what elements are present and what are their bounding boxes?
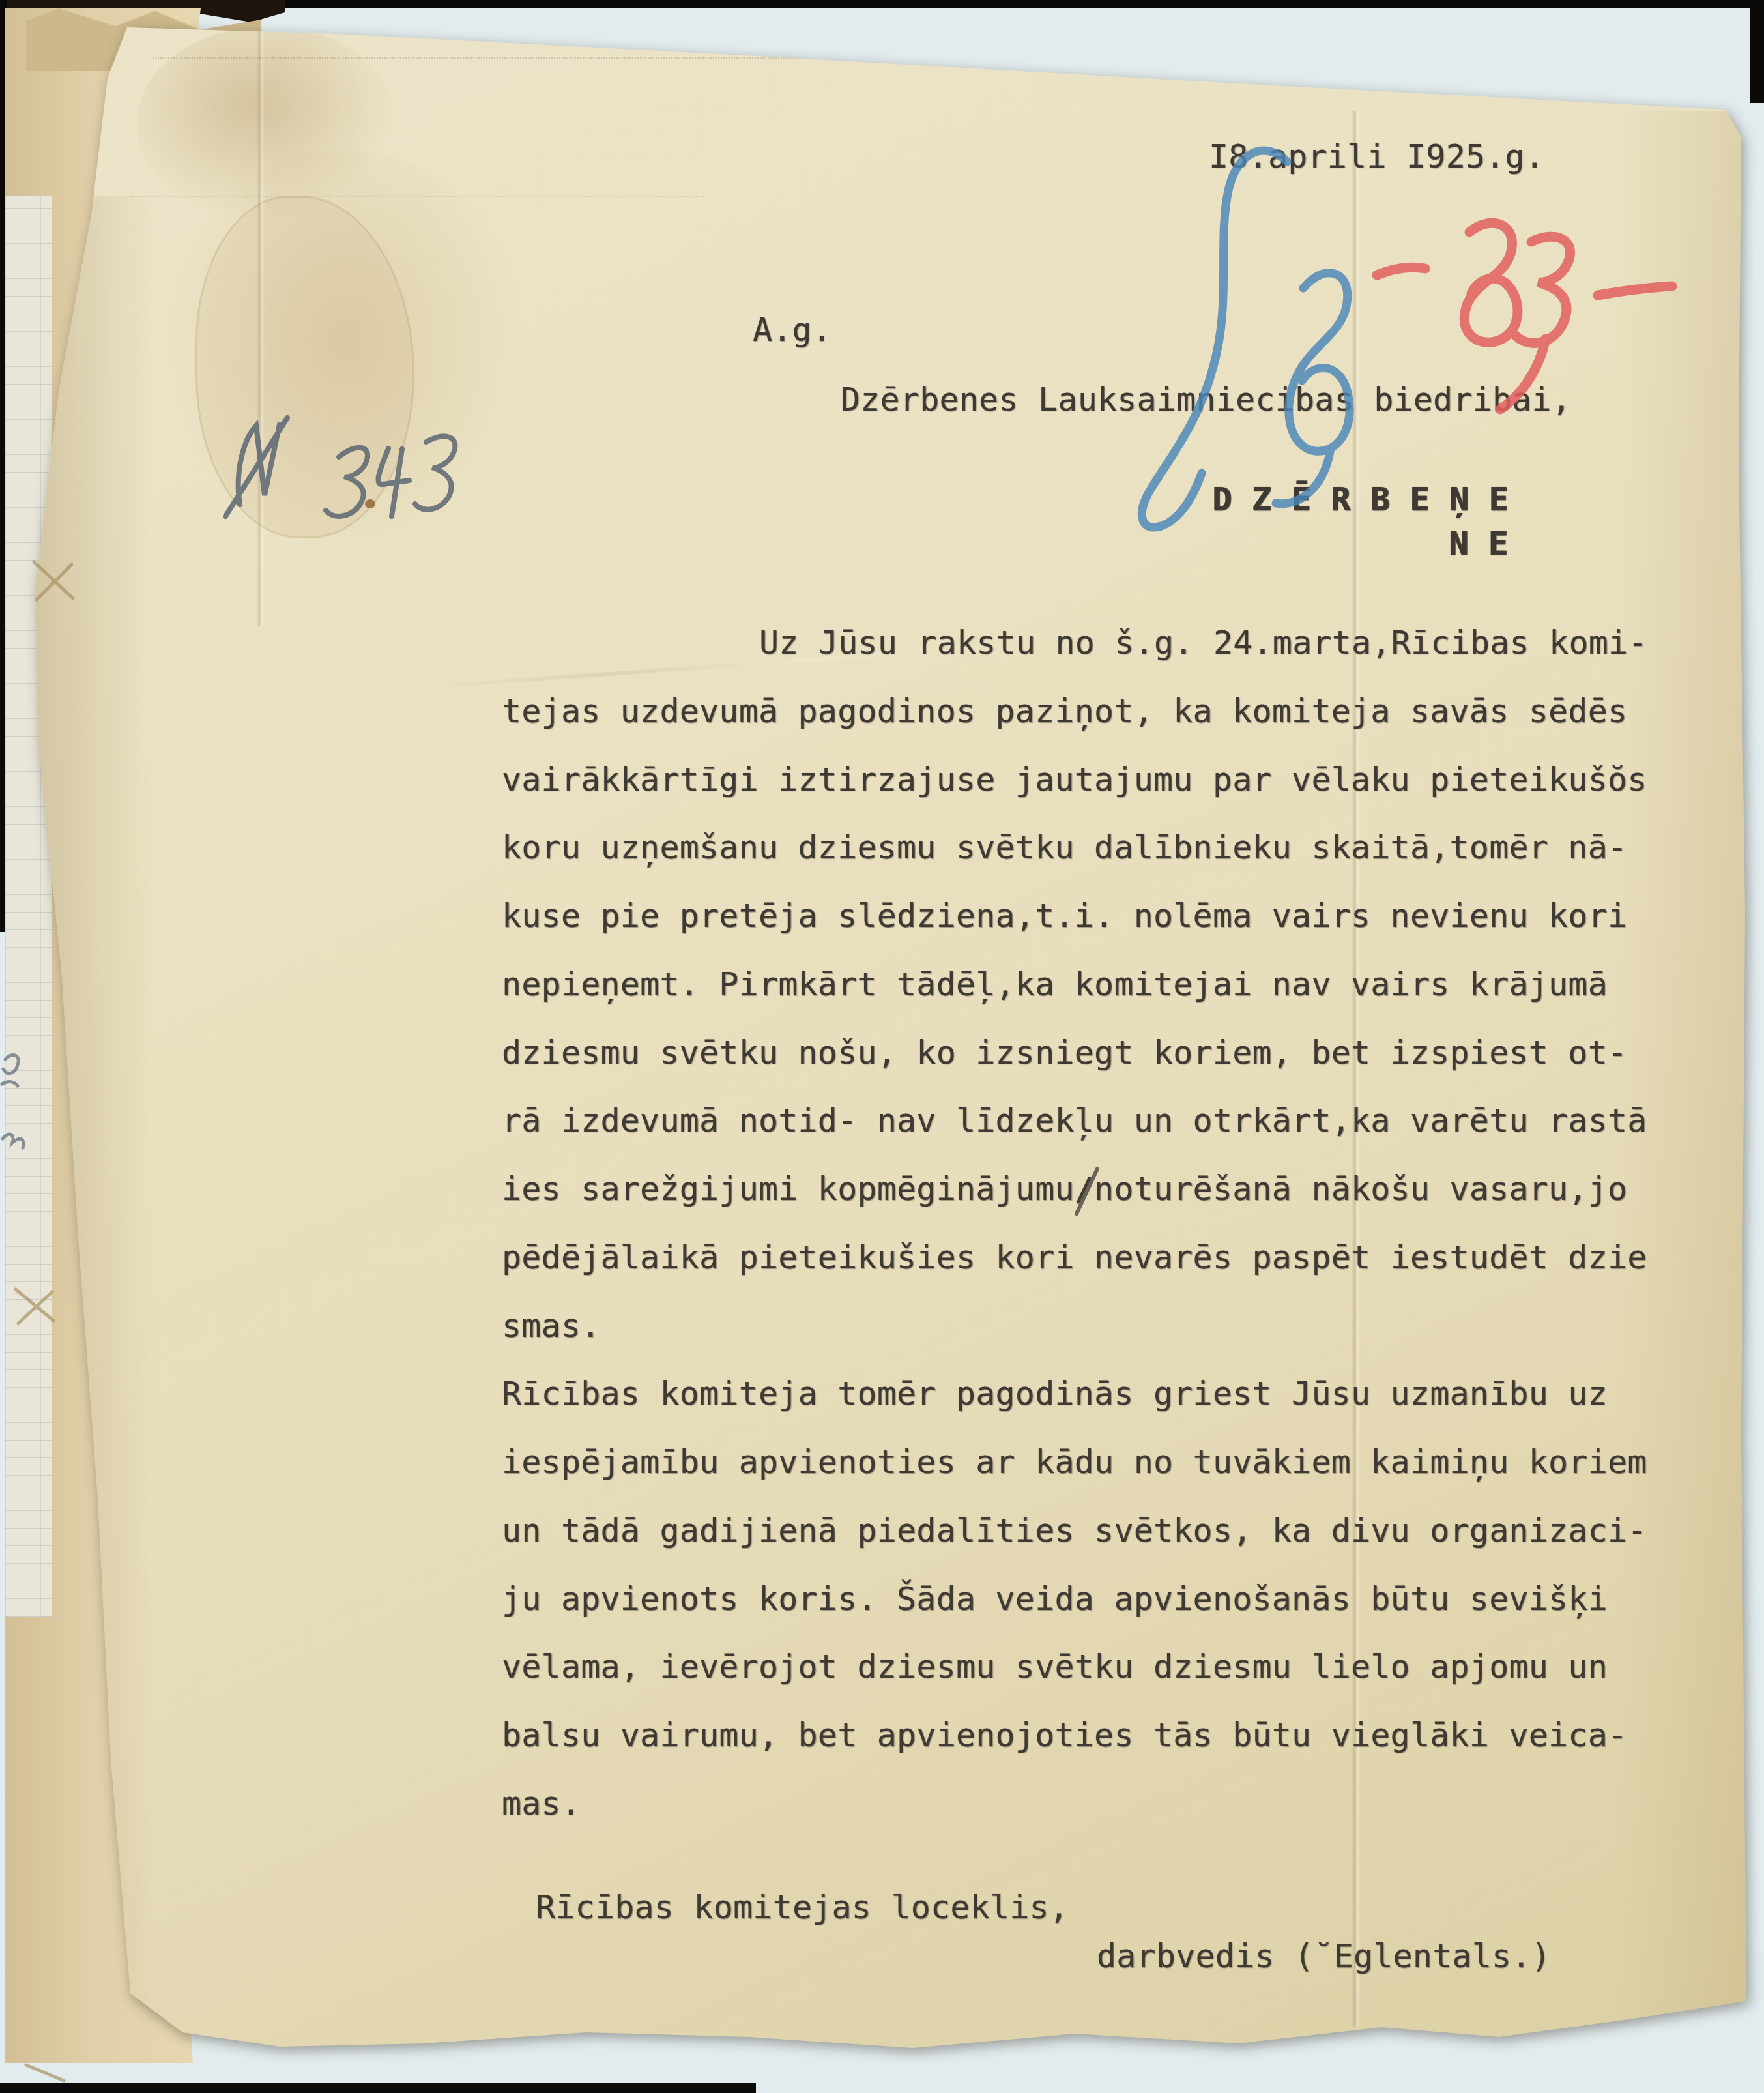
ink-bleed-line [153, 57, 805, 59]
body-line: pēdējālaikā pieteikušies kori nevarēs pa… [502, 1239, 1647, 1276]
scan-canvas: I8.aprili I925.g. A.g. Dzērbenes Lauksai… [0, 0, 1764, 2093]
body-line: kuse pie pretēja slēdziena,t.i. nolēma v… [502, 898, 1627, 934]
paper-speck [365, 499, 375, 508]
paper-shading [1616, 111, 1746, 2021]
addressee-line: Dzērbenes Lauksaimniecibas biedribai, [841, 381, 1571, 418]
place-stamp-line1: D Z Ē R B E Ņ E [1212, 481, 1509, 518]
body-line: rā izdevumā notid- nav līdzekļu un otrkā… [502, 1102, 1647, 1139]
body-line: balsu vairumu, bet apvienojoties tās būt… [502, 1717, 1627, 1753]
date-line: I8.aprili I925.g. [1209, 138, 1544, 175]
signature-clerk-line: darbvedis (˘Eglentals.) [1097, 1938, 1551, 1974]
body-line: tejas uzdevumā pagodinos paziņot, ka kom… [502, 693, 1627, 729]
body-line: smas. [502, 1308, 601, 1344]
body-line: iespējamību apvienoties ar kādu no tuvāk… [502, 1444, 1647, 1480]
body-line: Rīcības komiteja tomēr pagodinās griest … [502, 1375, 1608, 1412]
paper-fold [257, 20, 265, 626]
body-line: dziesmu svētku nošu, ko izsniegt koriem,… [502, 1034, 1627, 1071]
body-line: koru uzņemšanu dziesmu svētku dalībnieku… [502, 829, 1627, 866]
body-line: Uz Jūsu rakstu no š.g. 24.marta,Rīcibas … [759, 624, 1648, 661]
body-line: vairākkārtīgi iztirzajuse jautajumu par … [502, 761, 1647, 798]
salutation: A.g. [753, 312, 831, 348]
place-stamp-line2: N E [1449, 525, 1508, 562]
ink-bleed-line [130, 196, 704, 197]
body-line: un tādā gadijienā piedalīties svētkos, k… [502, 1512, 1647, 1549]
body-line: mas. [502, 1785, 581, 1822]
body-line: ju apvienots koris. Šāda veida apvienoša… [502, 1581, 1608, 1617]
paper-edge-shadow [36, 196, 153, 2008]
letter-sheet: I8.aprili I925.g. A.g. Dzērbenes Lauksai… [0, 0, 1764, 2093]
body-line: vēlama, ievērojot dziesmu svētku dziesmu… [502, 1648, 1608, 1685]
body-line: ies sarežgijumi kopmēginājumu/noturēšanā… [502, 1171, 1627, 1207]
signature-role-line: Rīcības komitejas loceklis, [536, 1889, 1069, 1925]
body-line: nepieņemt. Pirmkārt tādēļ,ka komitejai n… [502, 966, 1608, 1003]
